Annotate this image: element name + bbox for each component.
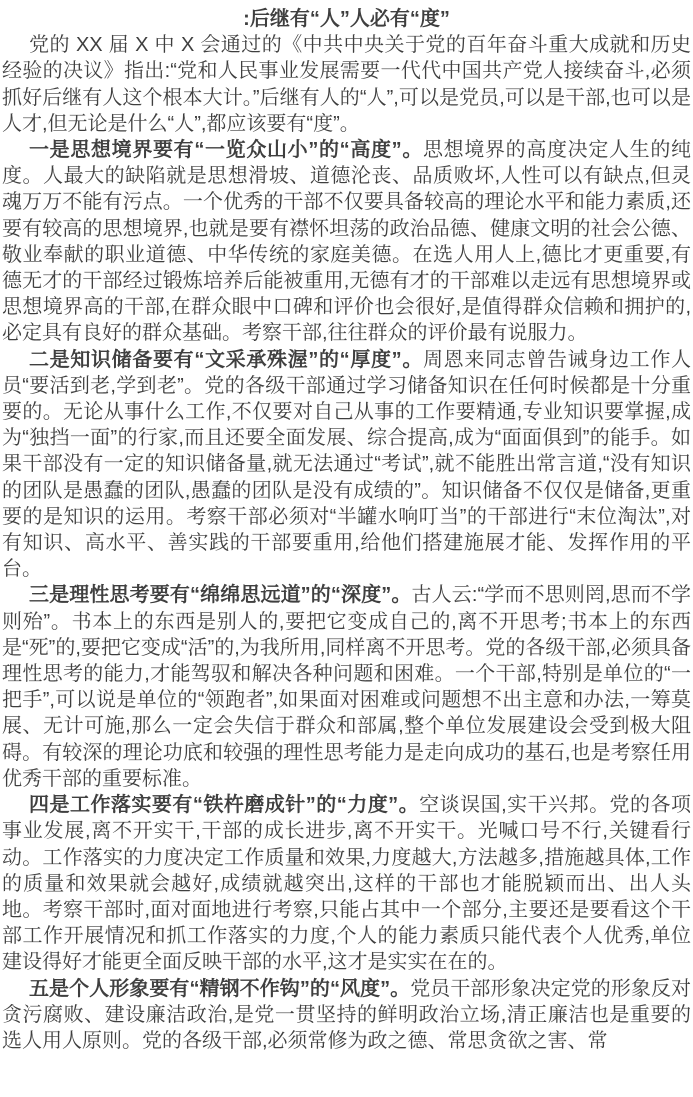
- paragraph-text: 思想境界的高度决定人生的纯度。人最大的缺陷就是思想滑坡、道德沦丧、品质败坏,人性…: [2, 139, 691, 344]
- paragraph-point-4: 四是工作落实要有“铁杵磨成针”的“力度”。空谈误国,实干兴邦。党的各项事业发展,…: [2, 792, 691, 975]
- paragraph-lead: 五是个人形象要有“精钢不作钩”的“风度”。: [29, 978, 410, 1000]
- paragraph-lead: 二是知识储备要有“文采承殊渥”的“厚度”。: [29, 349, 423, 371]
- paragraph-intro: 党的 XX 届 X 中 X 会通过的《中共中央关于党的百年奋斗重大成就和历史经验…: [2, 32, 691, 137]
- paragraph-point-2: 二是知识储备要有“文采承殊渥”的“厚度”。周恩来同志曾告诫身边工作人员“要活到老…: [2, 347, 691, 583]
- paragraph-point-1: 一是思想境界要有“一览众山小”的“高度”。思想境界的高度决定人生的纯度。人最大的…: [2, 137, 691, 347]
- paragraph-text: 周恩来同志曾告诫身边工作人员“要活到老,学到老”。党的各级干部通过学习储备知识在…: [2, 349, 691, 581]
- paragraph-lead: 一是思想境界要有“一览众山小”的“高度”。: [29, 139, 423, 161]
- paragraph-text: 空谈误国,实干兴邦。党的各项事业发展,离不开实干,干部的成长进步,离不开实干。光…: [2, 794, 691, 973]
- paragraph-text: 古人云:“学而不思则罔,思而不学则殆”。书本上的东西是别人的,要把它变成自己的,…: [2, 584, 691, 789]
- paragraph-point-5: 五是个人形象要有“精钢不作钩”的“风度”。党员干部形象决定党的形象反对贪污腐败、…: [2, 976, 691, 1055]
- document-title: :后继有“人”人必有“度”: [2, 6, 691, 32]
- paragraph-lead: 三是理性思考要有“绵绵思远道”的“深度”。: [29, 584, 412, 606]
- document-page: :后继有“人”人必有“度” 党的 XX 届 X 中 X 会通过的《中共中央关于党…: [0, 0, 693, 1097]
- paragraph-lead: 四是工作落实要有“铁杵磨成针”的“力度”。: [29, 794, 419, 816]
- paragraph-text: 党的 XX 届 X 中 X 会通过的《中共中央关于党的百年奋斗重大成就和历史经验…: [2, 34, 691, 135]
- paragraph-point-3: 三是理性思考要有“绵绵思远道”的“深度”。古人云:“学而不思则罔,思而不学则殆”…: [2, 582, 691, 792]
